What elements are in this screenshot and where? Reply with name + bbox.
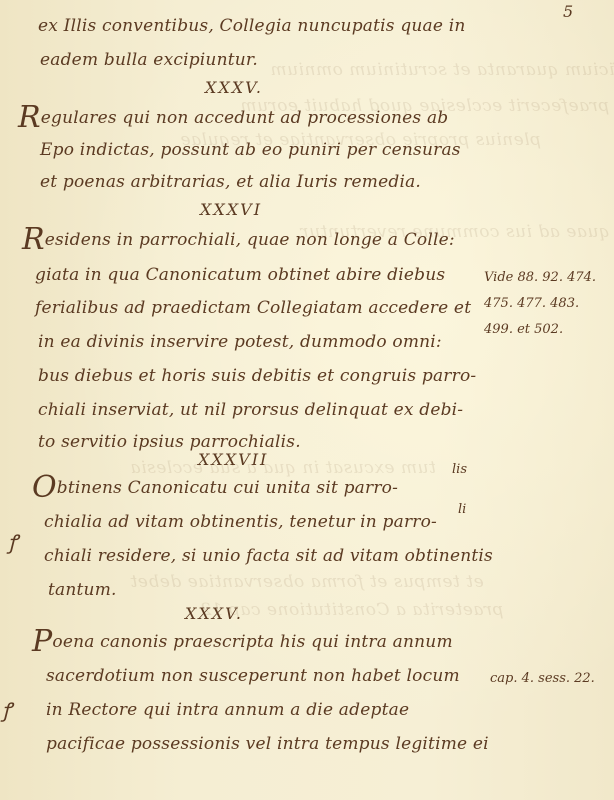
drop-initial: O	[32, 470, 57, 505]
bleed-through-text: tum excusat in qua a sua ecclesia	[130, 458, 436, 478]
margin-note-line: 499. et 502.	[484, 322, 563, 337]
text-line: Obtinens Canonicatu cui unita sit parro-	[32, 478, 398, 498]
marginal-symbol-icon: ꝭ	[8, 528, 17, 555]
bleed-through-text: et tempus et forma observantiae debet	[130, 572, 484, 592]
text-line: Residens in parrochiali, quae non longe …	[22, 230, 455, 250]
text-line: tantum.	[48, 580, 117, 600]
text-line: bus diebus et horis suis debitis et cong…	[38, 366, 476, 386]
text-line-content: egulares qui non accedunt ad processione…	[41, 108, 449, 128]
text-line: et poenas arbitrarias, et alia Iuris rem…	[40, 172, 421, 192]
text-line: ferialibus ad praedictam Collegiatam acc…	[35, 298, 471, 318]
margin-note-line: Vide 88. 92. 474.	[484, 270, 596, 285]
margin-note-line: cap. 4. sess. 22.	[490, 671, 595, 686]
text-line: Regulares qui non accedunt ad procession…	[18, 108, 448, 128]
text-line: ex Illis conventibus, Collegia nuncupati…	[38, 16, 466, 36]
bleed-through-text: praeterita a Constitutione cap 12	[200, 600, 504, 620]
bleed-through-text: officium quaranta et scrutinium omnium	[270, 60, 614, 80]
drop-initial: R	[22, 222, 45, 257]
text-line: Epo indictas, possunt ab eo puniri per c…	[40, 140, 461, 160]
text-line-content: esidens in parrochiali, quae non longe a…	[45, 230, 455, 250]
text-line: in Rectore qui intra annum a die adeptae	[46, 700, 409, 720]
interlinear-superscript: li	[458, 502, 466, 517]
text-line: chialia ad vitam obtinentis, tenetur in …	[44, 512, 437, 532]
section-heading: XXXVII	[198, 450, 268, 469]
text-line: sacerdotium non susceperunt non habet lo…	[46, 666, 460, 686]
section-heading: XXXVI	[200, 200, 262, 219]
marginal-symbol-icon: ꝭ	[2, 696, 11, 723]
manuscript-page: officium quaranta et scrutinium omnium t…	[0, 0, 614, 800]
margin-note-line: 475. 477. 483.	[484, 296, 579, 311]
text-line: to servitio ipsius parrochialis.	[38, 432, 301, 452]
drop-initial: R	[18, 100, 41, 135]
drop-initial: P	[32, 624, 52, 659]
text-line: Poena canonis praescripta his qui intra …	[32, 632, 453, 652]
section-heading: XXXV.	[205, 78, 263, 97]
interlinear-superscript: lis	[452, 462, 467, 477]
text-line: chiali residere, si unio facta sit ad vi…	[44, 546, 493, 566]
section-heading: XXXV.	[185, 604, 243, 623]
text-line: pacificae possessionis vel intra tempus …	[46, 734, 489, 754]
text-line-content: btinens Canonicatu cui unita sit parro-	[57, 478, 398, 498]
text-line: eadem bulla excipiuntur.	[40, 50, 258, 70]
text-line: in ea divinis inservire potest, dummodo …	[38, 332, 442, 352]
page-number: 5	[563, 2, 573, 21]
text-line: giata in qua Canonicatum obtinet abire d…	[35, 265, 445, 285]
text-line-content: oena canonis praescripta his qui intra a…	[52, 632, 452, 652]
text-line: chiali inserviat, ut nil prorsus delinqu…	[38, 400, 463, 420]
